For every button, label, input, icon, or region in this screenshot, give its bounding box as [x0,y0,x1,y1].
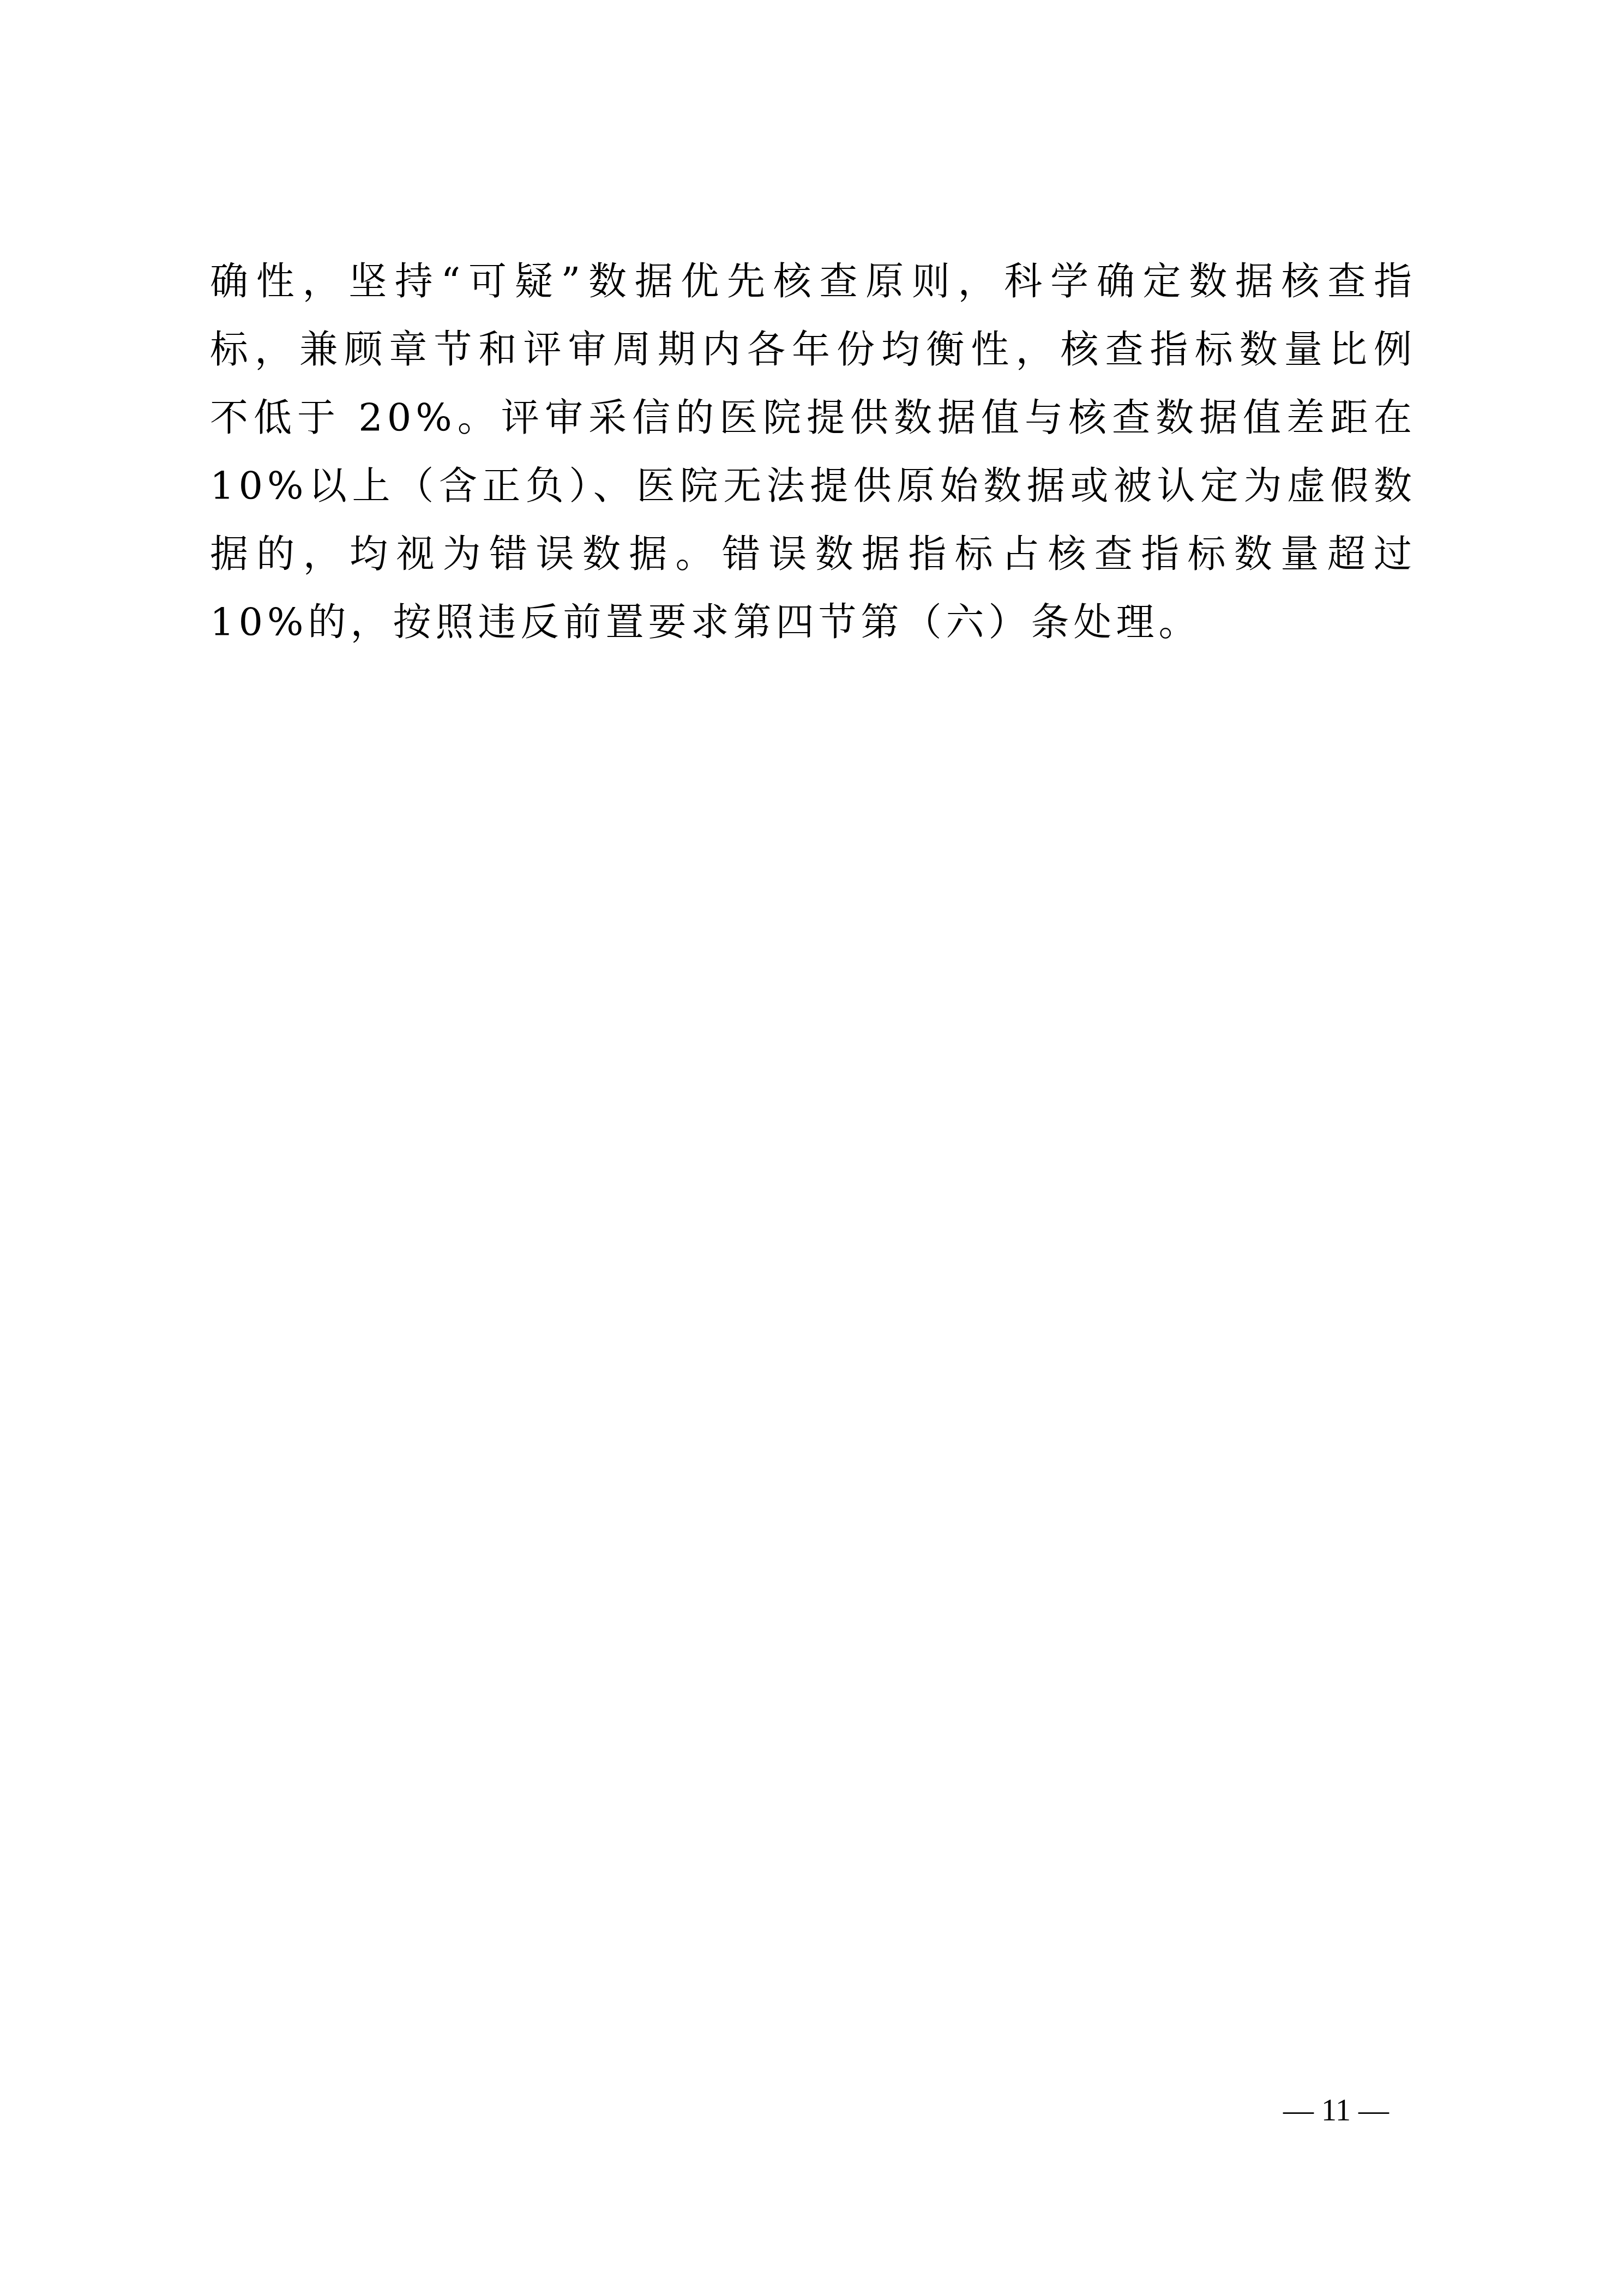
paragraph-line-6: 10%的，按照违反前置要求第四节第（六）条处理。 [210,588,1416,657]
document-page: 确性，坚持“可疑”数据优先核查原则，科学确定数据核查指 标，兼顾章节和评审周期内… [0,0,1624,2296]
page-number: — 11 — [1216,2093,1456,2128]
body-paragraph: 确性，坚持“可疑”数据优先核查原则，科学确定数据核查指 标，兼顾章节和评审周期内… [210,248,1416,657]
paragraph-line-1: 确性，坚持“可疑”数据优先核查原则，科学确定数据核查指 [210,248,1416,316]
paragraph-line-5: 据的，均视为错误数据。错误数据指标占核查指标数量超过 [210,520,1416,588]
paragraph-line-4: 10%以上（含正负）、医院无法提供原始数据或被认定为虚假数 [210,452,1416,520]
paragraph-line-3: 不低于 20%。评审采信的医院提供数据值与核查数据值差距在 [210,384,1416,452]
paragraph-line-2: 标，兼顾章节和评审周期内各年份均衡性，核查指标数量比例 [210,316,1416,384]
